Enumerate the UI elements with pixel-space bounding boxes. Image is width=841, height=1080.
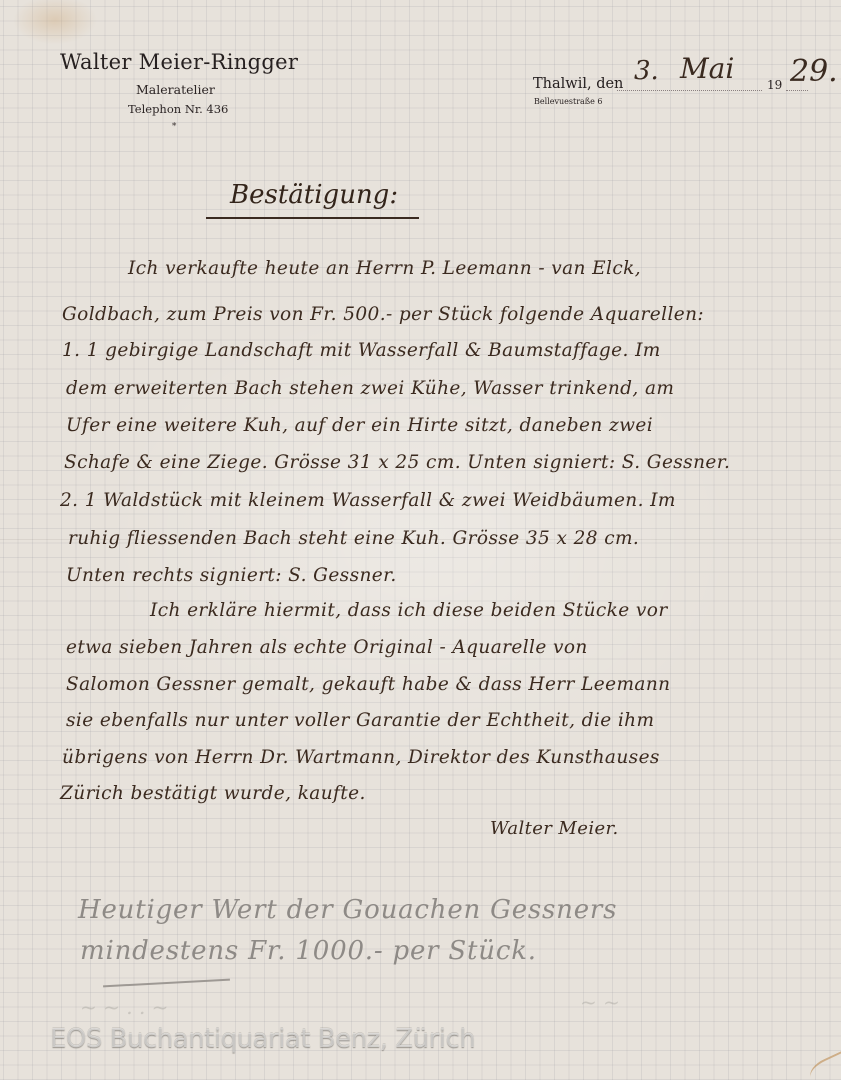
body-line: Ich verkaufte heute an Herrn P. Leemann …: [128, 258, 641, 279]
small-mark-icon: ∗: [171, 120, 177, 130]
body-line: Schafe & eine Ziege. Grösse 31 x 25 cm. …: [64, 452, 730, 473]
body-line: Goldbach, zum Preis von Fr. 500.- per St…: [62, 304, 704, 325]
body-line: 1. 1 gebirgige Landschaft mit Wasserfall…: [62, 340, 661, 361]
erased-pencil-trace: ~ ~: [580, 990, 620, 1014]
letterhead-telephone: Telephon Nr. 436: [128, 102, 228, 116]
erased-pencil-trace: ~ ~ . . ~: [80, 995, 168, 1019]
body-line: dem erweiterten Bach stehen zwei Kühe, W…: [66, 378, 674, 399]
paper-corner: [806, 1051, 841, 1080]
body-line: sie ebenfalls nur unter voller Garantie …: [66, 710, 654, 731]
body-line: 2. 1 Waldstück mit kleinem Wasserfall & …: [60, 490, 676, 511]
pencil-underline: [103, 979, 230, 988]
body-line: Unten rechts signiert: S. Gessner.: [66, 565, 397, 586]
letter-title: Bestätigung:: [230, 180, 398, 210]
letter-page: Walter Meier-Ringger Maleratelier Teleph…: [0, 0, 841, 1080]
date-day: 3.: [634, 56, 659, 86]
date-dotted-line: [617, 89, 762, 91]
body-line: Ich erkläre hiermit, dass ich diese beid…: [150, 600, 668, 621]
body-line: Salomon Gessner gemalt, gekauft habe & d…: [66, 674, 670, 695]
place-label: Thalwil, den: [533, 76, 623, 92]
date-year: 29.: [790, 54, 838, 89]
pencil-note-line2: mindestens Fr. 1000.- per Stück.: [80, 936, 537, 966]
date-month: Mai: [680, 52, 734, 85]
year-dotted-line: [786, 89, 808, 91]
body-line: Ufer eine weitere Kuh, auf der ein Hirte…: [66, 415, 653, 436]
pencil-note-line1: Heutiger Wert der Gouachen Gessners: [78, 895, 617, 925]
body-line: etwa sieben Jahren als echte Original - …: [66, 637, 588, 658]
title-underline: [206, 217, 419, 219]
signature: Walter Meier.: [490, 818, 619, 839]
letterhead-subtitle: Maleratelier: [136, 82, 215, 97]
street-address: Bellevuestraße 6: [534, 97, 603, 106]
body-line: übrigens von Herrn Dr. Wartmann, Direkto…: [62, 747, 660, 768]
year-prefix: 19: [767, 78, 782, 92]
body-line: ruhig fliessenden Bach steht eine Kuh. G…: [68, 528, 639, 549]
body-line: Zürich bestätigt wurde, kaufte.: [60, 783, 366, 804]
letterhead-name: Walter Meier-Ringger: [60, 50, 298, 74]
watermark: EOS Buchantiquariat Benz, Zürich: [50, 1024, 475, 1054]
